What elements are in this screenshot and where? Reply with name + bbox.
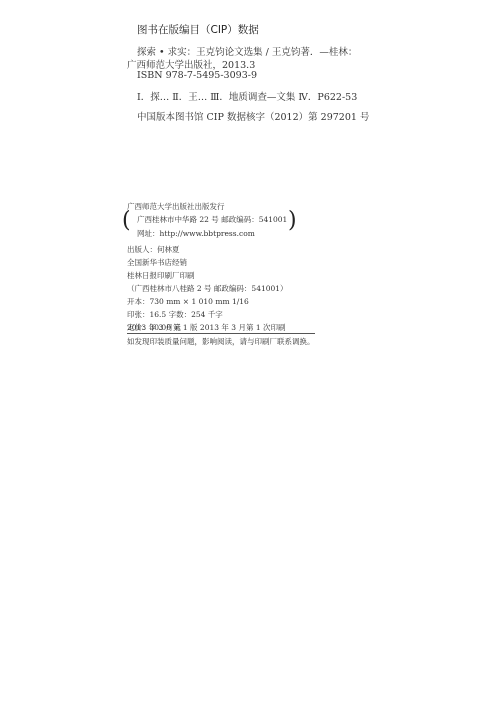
cip-isbn: ISBN 978-7-5495-3093-9: [137, 70, 257, 81]
right-parenthesis: ): [288, 208, 297, 233]
cip-line-publisher-date: 广西师范大学出版社，2013.3: [127, 57, 255, 71]
printer: 桂林日报印刷厂印刷: [127, 270, 195, 281]
quality-notice: 如发现印装质量问题，影响阅读，请与印刷厂联系调换。: [127, 336, 315, 347]
price: 定价：30.00 元: [127, 322, 181, 333]
book-format: 开本：730 mm × 1 010 mm 1/16: [127, 296, 249, 307]
cip-classification: Ⅰ．探… Ⅱ．王… Ⅲ．地质调查—文集 Ⅳ．P622-53: [137, 89, 357, 103]
left-parenthesis: (: [122, 208, 131, 233]
printer-address: （广西桂林市八桂路 2 号 邮政编码：541001）: [127, 283, 288, 294]
publisher-line: 广西师范大学出版社出版发行: [127, 201, 225, 212]
divider: [127, 333, 315, 334]
publisher-website: 网址：http://www.bbtpress.com: [137, 228, 255, 239]
cip-line-title-author: 探索 • 求实：王克钧论文选集 / 王克钧著．—桂林：: [137, 44, 357, 58]
distributor: 全国新华书店经销: [127, 257, 187, 268]
cip-title: 图书在版编目（CIP）数据: [137, 22, 259, 37]
publisher-person: 出版人：何林夏: [127, 244, 180, 255]
cip-record-number: 中国版本图书馆 CIP 数据核字（2012）第 297201 号: [137, 109, 369, 123]
sheets-and-words: 印张：16.5 字数：254 千字: [127, 309, 223, 320]
publisher-address: 广西桂林市中华路 22 号 邮政编码：541001: [137, 214, 287, 225]
